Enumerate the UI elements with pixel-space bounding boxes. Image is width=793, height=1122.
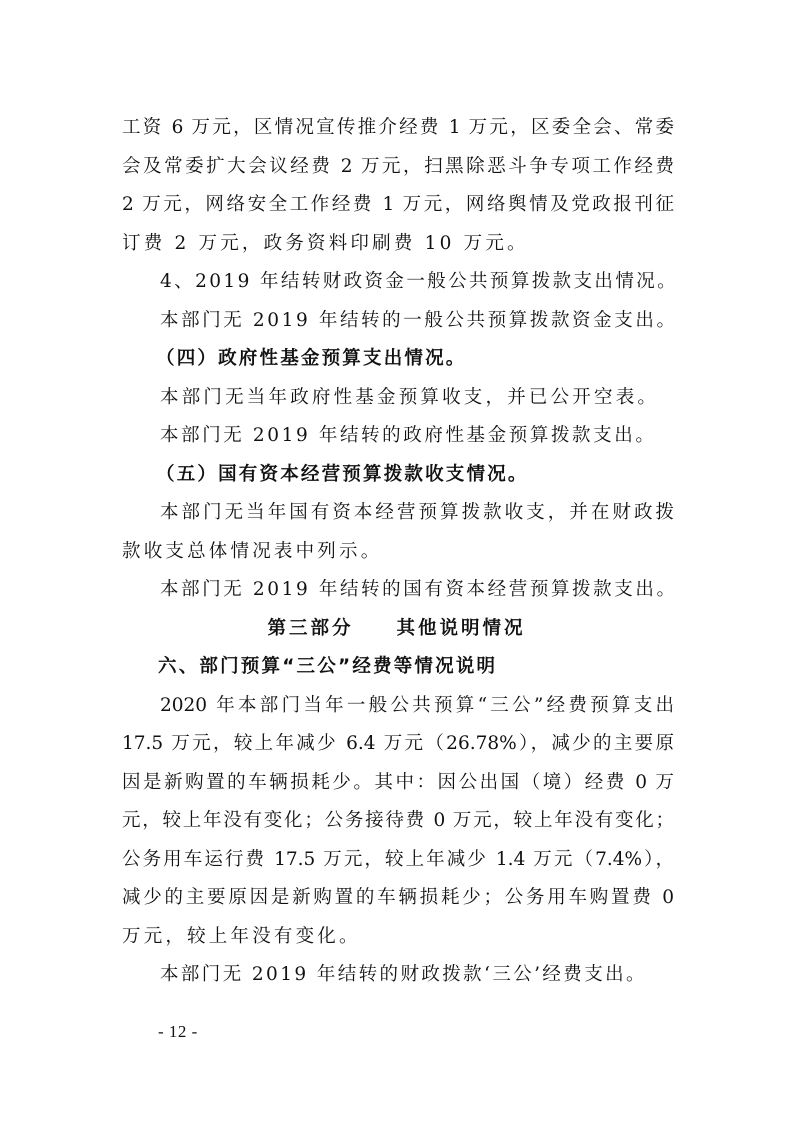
section6-paragraph: 本部门无 2019 年结转的财政拨款‘三公’经费支出。 [160, 956, 674, 994]
body-line: 会及常委扩大会议经费 2 万元，扫黑除恶斗争专项工作经费 [122, 148, 674, 186]
section5-paragraph-line: 本部门无当年国有资本经营预算拨款收支，并在财政拨 [160, 494, 674, 532]
section5-paragraph: 本部门无 2019 年结转的国有资本经营预算拨款支出。 [160, 571, 674, 609]
section4-heading: （四）政府性基金预算支出情况。 [156, 340, 670, 378]
item4-heading-text: 4、2019 年结转财政资金一般公共预算拨款支出情况。 [160, 271, 678, 292]
section6-paragraph-line: 万元，较上年没有变化。 [122, 918, 674, 956]
item4-heading: 4、2019 年结转财政资金一般公共预算拨款支出情况。 [160, 263, 674, 301]
section6-paragraph-line: 17.5 万元，较上年减少 6.4 万元（26.78%），减少的主要原 [122, 725, 674, 763]
section5-heading: （五）国有资本经营预算拨款收支情况。 [156, 456, 670, 494]
body-line: 2 万元，网络安全工作经费 1 万元，网络舆情及党政报刊征 [122, 186, 674, 224]
section6-paragraph-line: 公务用车运行费 17.5 万元，较上年减少 1.4 万元（7.4%）， [122, 841, 674, 879]
section6-paragraph-line: 2020 年本部门当年一般公共预算“三公”经费预算支出 [160, 687, 674, 725]
body-line: 订费 2 万元，政务资料印刷费 10 万元。 [122, 225, 674, 263]
section4-paragraph: 本部门无 2019 年结转的政府性基金预算拨款支出。 [160, 417, 674, 455]
section6-heading: 六、部门预算“三公”经费等情况说明 [158, 648, 672, 686]
section6-paragraph-line: 减少的主要原因是新购置的车辆损耗少；公务用车购置费 0 [122, 879, 674, 917]
section6-paragraph-line: 因是新购置的车辆损耗少。其中：因公出国（境）经费 0 万 [122, 764, 674, 802]
section4-paragraph: 本部门无当年政府性基金预算收支，并已公开空表。 [160, 379, 674, 417]
item4-body: 本部门无 2019 年结转的一般公共预算拨款资金支出。 [160, 302, 674, 340]
page-number: - 12 - [158, 1022, 198, 1042]
body-line: 工资 6 万元，区情况宣传推介经费 1 万元，区委全会、常委 [122, 109, 674, 147]
section5-paragraph-line: 款收支总体情况表中列示。 [122, 533, 674, 571]
section6-paragraph-line: 元，较上年没有变化；公务接待费 0 万元，较上年没有变化； [122, 802, 674, 840]
part3-title: 第三部分 其他说明情况 [0, 610, 793, 648]
document-page: 工资 6 万元，区情况宣传推介经费 1 万元，区委全会、常委 会及常委扩大会议经… [0, 0, 793, 1122]
